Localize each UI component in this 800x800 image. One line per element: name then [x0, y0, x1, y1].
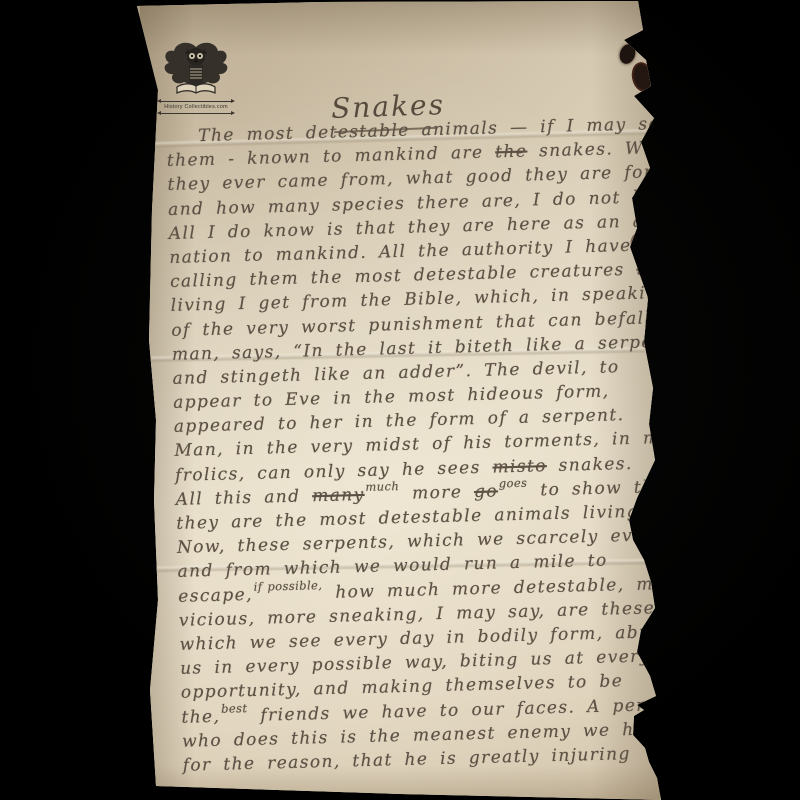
letter-body: The most detestable animals — if I may s… [166, 114, 688, 780]
photo-background: History Collectibles.com Snakes The most… [0, 0, 800, 800]
paper-edge-shadow-top [0, 0, 800, 55]
crossed-out-word: tig [636, 259, 664, 280]
inserted-word: best [221, 701, 248, 716]
owl-on-book-crest-icon [159, 40, 233, 98]
inserted-word: if possible, [253, 578, 322, 594]
inserted-word: much [365, 479, 399, 494]
tear-stain [629, 60, 656, 94]
crossed-out-word: many [312, 485, 365, 506]
tear-stain [617, 42, 637, 66]
tear-stain [640, 30, 647, 39]
crossed-out-word: misto [492, 456, 547, 477]
crossed-out-word: go [474, 481, 498, 502]
emblem-label: History Collectibles.com [154, 104, 238, 110]
publisher-emblem: History Collectibles.com [154, 40, 238, 116]
emblem-rule-top [157, 99, 235, 103]
letter-paper: History Collectibles.com Snakes The most… [0, 0, 800, 800]
inserted-word: goes [499, 475, 528, 490]
emblem-rule-bottom [157, 111, 235, 115]
crossed-out-word: the [495, 142, 528, 163]
